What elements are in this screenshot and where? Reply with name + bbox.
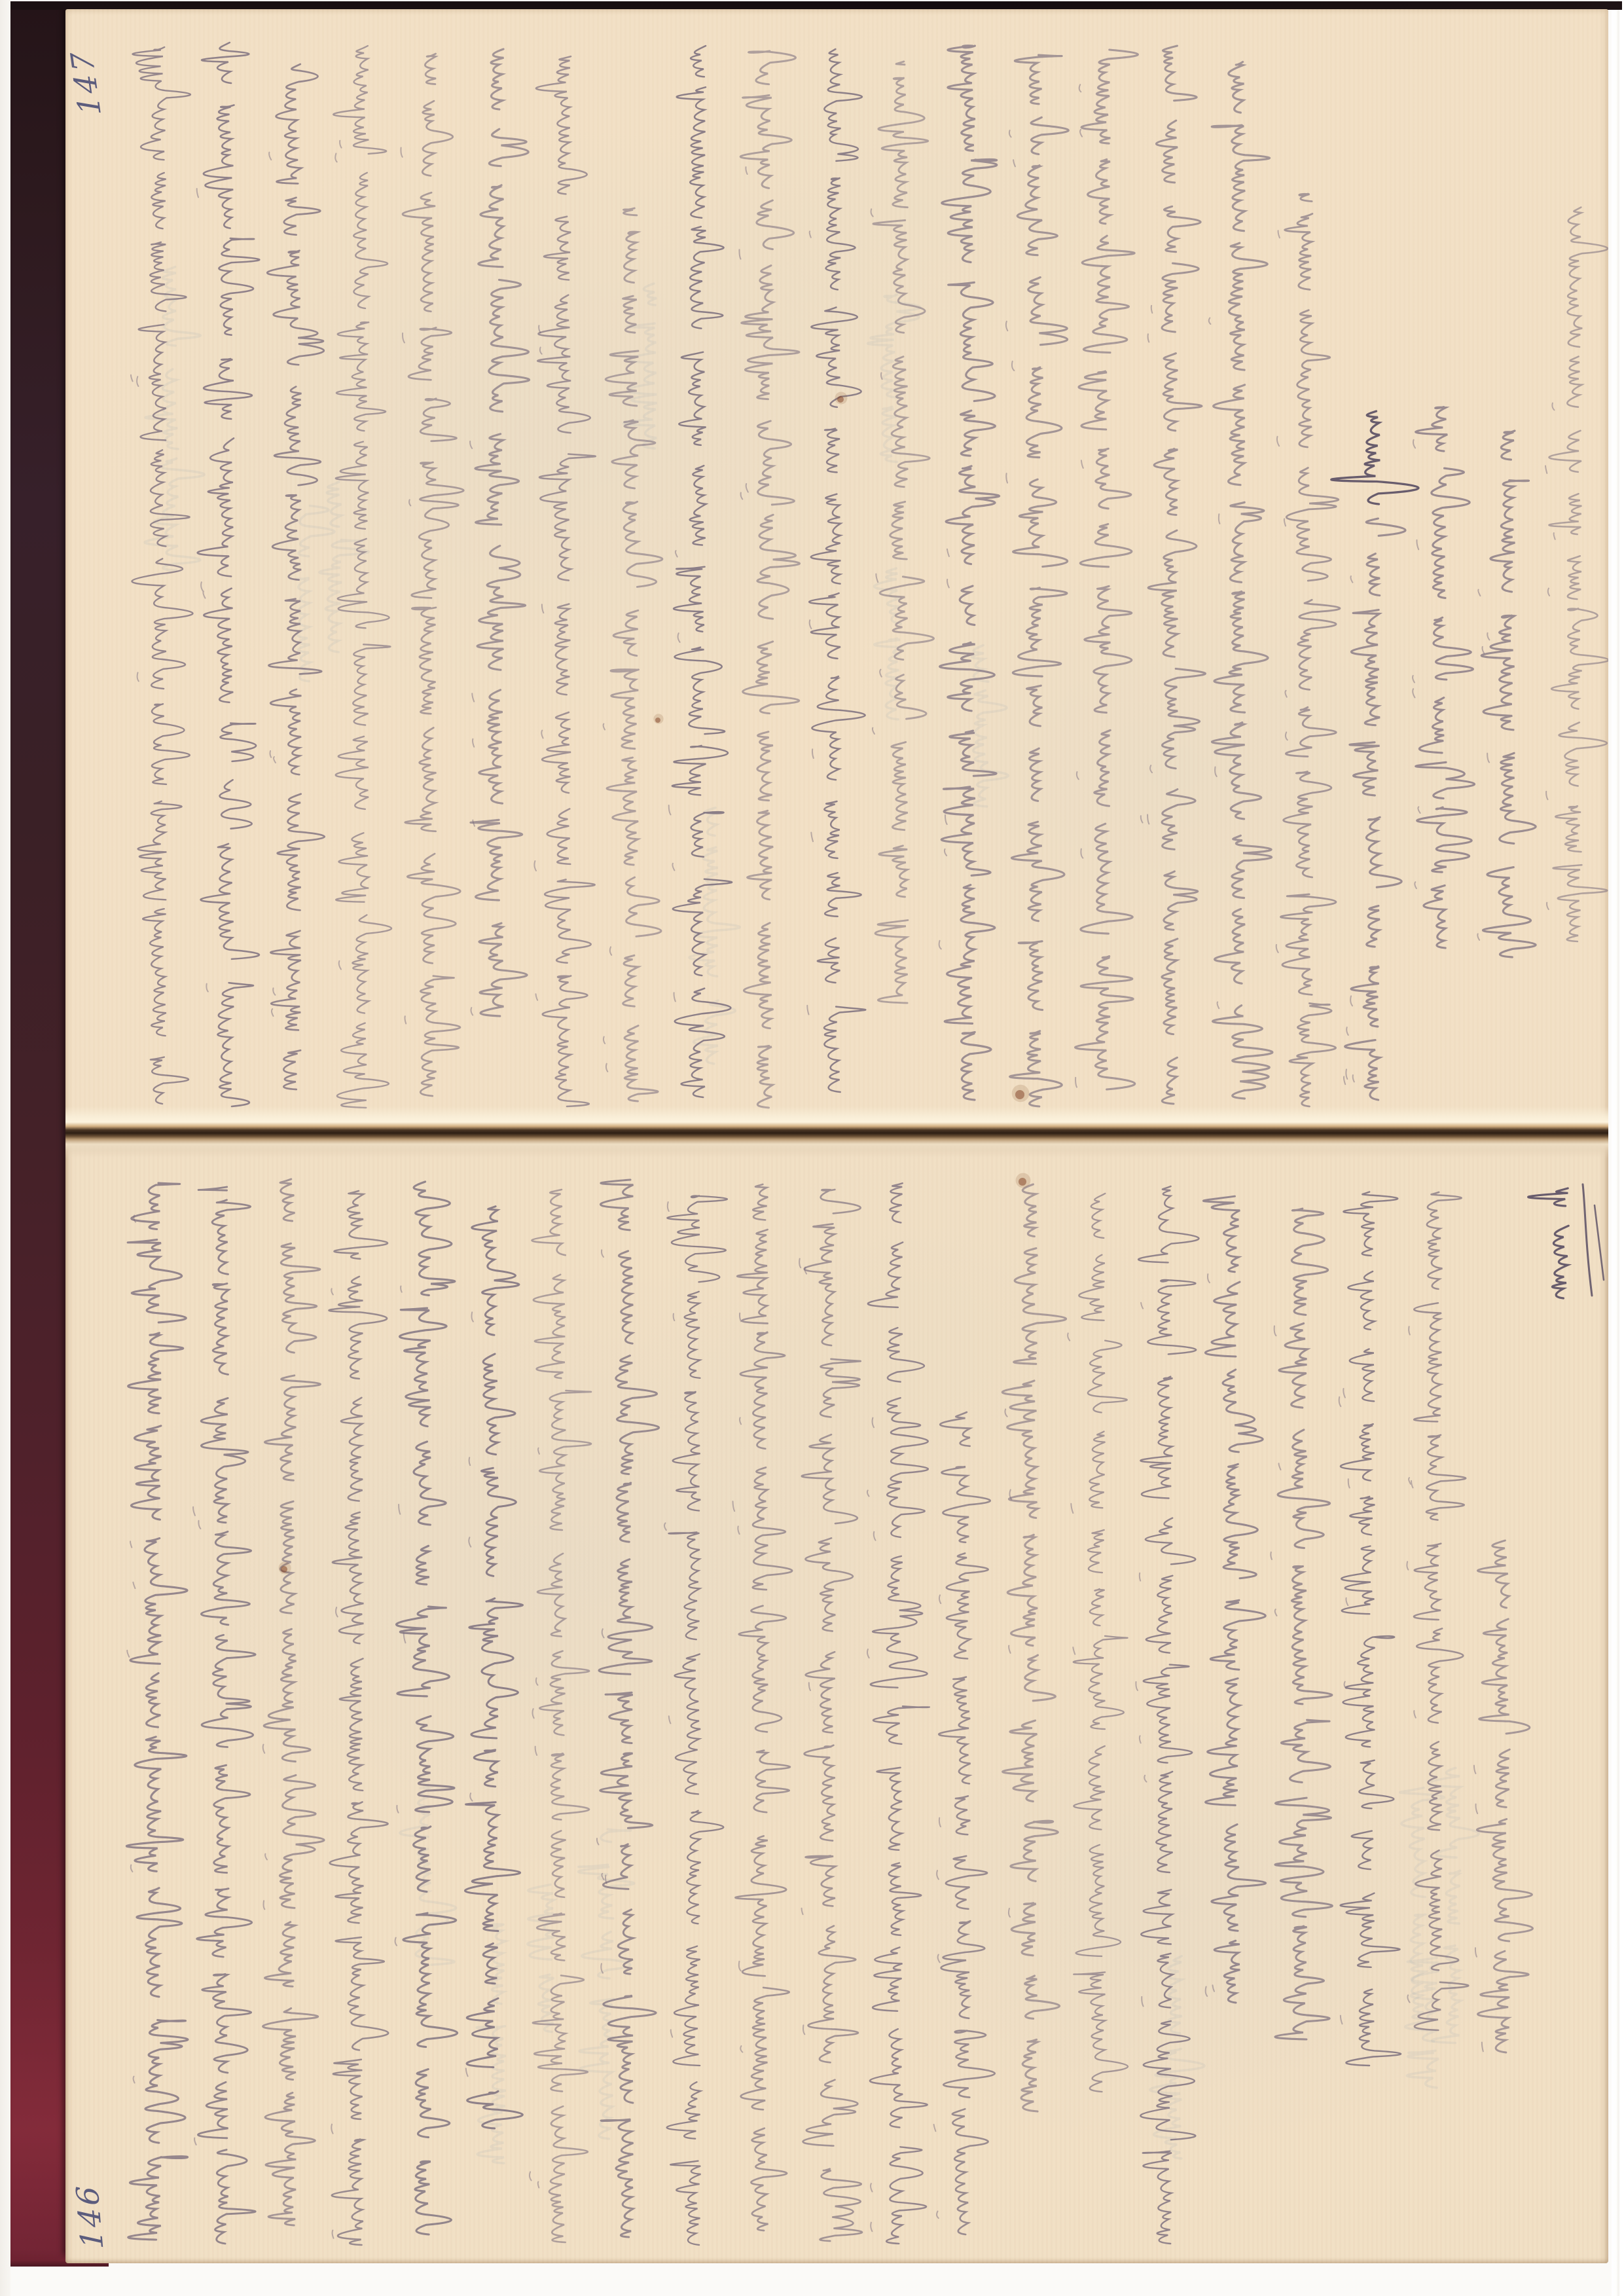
page-146-rotated-content: 146 — [65, 1142, 1608, 2263]
handwriting-page-147 — [65, 9, 1608, 1126]
book-cover-spine-edge — [10, 1, 67, 2267]
page-146: 146 — [65, 1142, 1608, 2263]
scanner-margin-right — [1612, 0, 1624, 2296]
page-147: 147 — [65, 9, 1608, 1126]
scanner-margin-left — [0, 0, 10, 2296]
page-147-rotated-content: 147 — [65, 9, 1608, 1126]
scanned-notebook-spread: 147 146 — [0, 0, 1624, 2296]
handwriting-page-146 — [65, 1142, 1608, 2263]
